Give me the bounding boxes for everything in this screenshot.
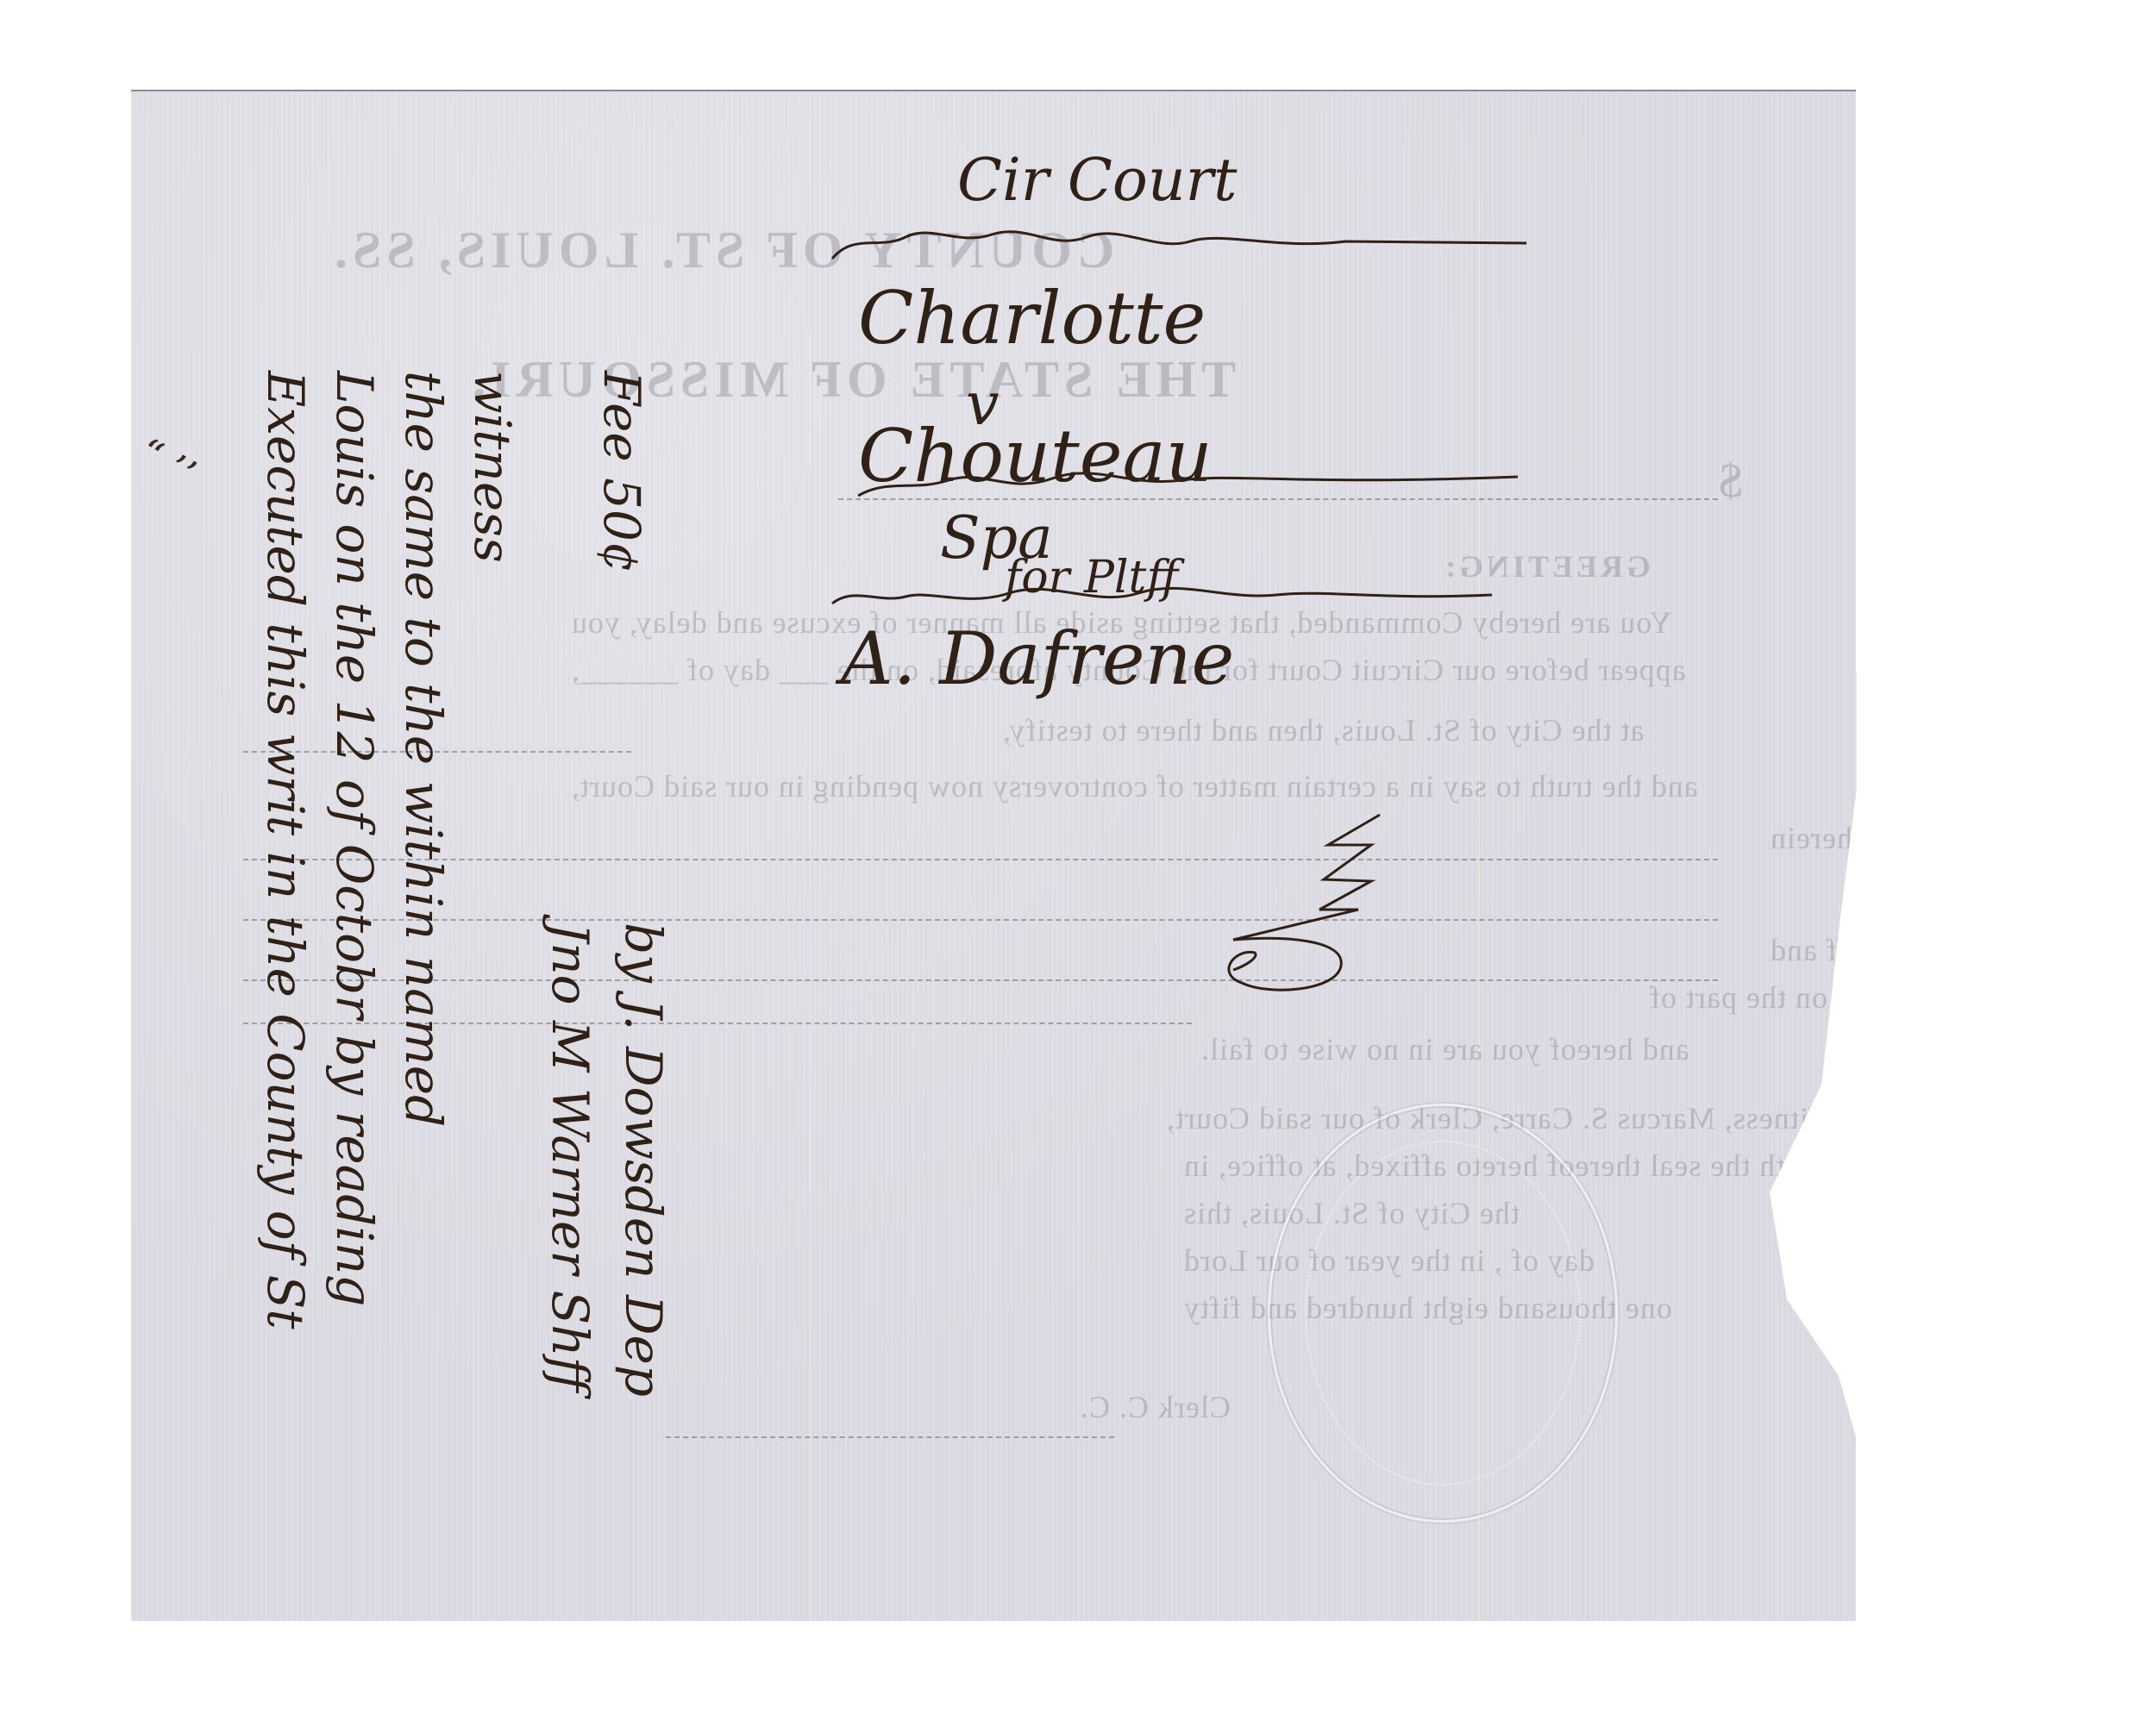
return-line: Executed this writ in the County of St [256, 371, 315, 1329]
return-line: Louis on the 12 of Octobr by reading [325, 371, 384, 1306]
return-deputy-signature: by J. Dowsden Dep [614, 923, 673, 1397]
return-note: Executed this writ in the County of St L… [220, 371, 772, 1578]
embossed-seal [1268, 1104, 1618, 1523]
printed-line: at the City of St. Louis, then and there… [1002, 712, 1645, 748]
return-fee: Fee 50¢ [592, 371, 651, 573]
printed-line: defendant, on the part of [1649, 979, 1975, 1016]
printed-line: plaintiff and [1770, 932, 1933, 968]
seal-inner-ring [1305, 1141, 1581, 1486]
squiggle-underline [828, 578, 1501, 621]
printed-clerk-label: Clerk C. C. [1080, 1389, 1231, 1425]
return-line: the same to the within named [394, 371, 453, 1127]
endorsement-plaintiff: Charlotte [858, 276, 1206, 360]
endorsement-attorney: A. Dafrene [841, 616, 1234, 701]
return-sheriff-signature: Jno M Warner Shff [541, 923, 599, 1392]
printed-line: wherein [1770, 820, 1876, 856]
clerk-flourish [1164, 810, 1388, 1009]
printed-dollar-mark: $ [1718, 454, 1743, 509]
return-line: witness [463, 371, 522, 563]
squiggle-underline [854, 461, 1526, 504]
squiggle-underline [828, 216, 1535, 267]
printed-line: and hereof you are in no wise to fail. [1200, 1031, 1689, 1067]
endorsement-court: Cir Court [957, 147, 1238, 215]
fold-line [811, 91, 812, 1621]
